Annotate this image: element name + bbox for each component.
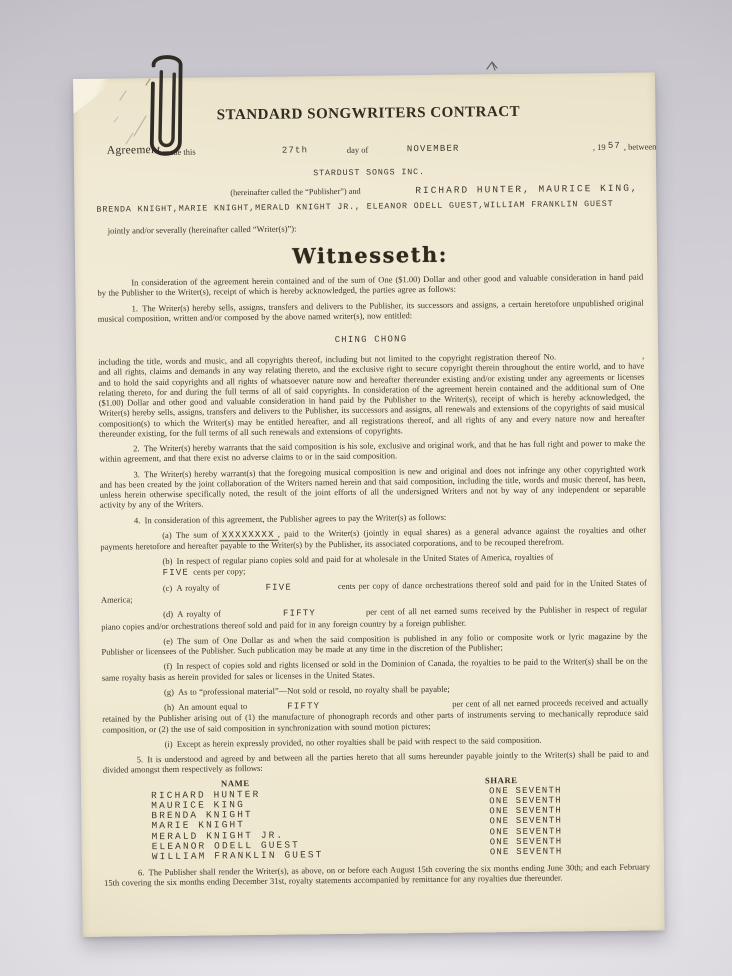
song-title-line: CHING CHONG (98, 326, 644, 350)
publisher-name: STARDUST SONGS INC. (313, 167, 425, 178)
blank-space (220, 589, 266, 591)
publisher-clause: (hereinafter called the “Publisher”) and (230, 187, 360, 197)
printed-text: (b) In respect of regular piano copies s… (162, 552, 553, 566)
share-column-header: SHARE (485, 775, 518, 785)
printed-text: 6. The Publisher shall render the Writer… (104, 861, 650, 887)
printed-text: cents per copy; (189, 566, 246, 577)
contract-page: STANDARD SONGWRITERS CONTRACT Agreement … (73, 72, 665, 937)
writer-share: ONE SEVENTH (489, 785, 562, 796)
contract-paragraph: (d) A royalty ofFIFTYper cent of all net… (101, 604, 647, 632)
contract-paragraph: 2. The Writer(s) hereby warrants that th… (99, 438, 645, 465)
blank-space (101, 574, 163, 576)
printed-text: 5. It is understood and agreed by and be… (103, 749, 649, 775)
blank-space (292, 588, 338, 590)
contract-paragraph: (h) An amount equal toFIFTYper cent of a… (102, 697, 648, 735)
between-label: , between (624, 141, 657, 151)
song-title: CHING CHONG (335, 334, 408, 345)
writer-name: WILLIAM FRANKLIN GUEST (152, 849, 324, 862)
contract-paragraph: (b) In respect of regular piano copies s… (100, 551, 646, 579)
contract-paragraph: (i) Except as herein expressly provided,… (102, 733, 648, 749)
writer-share: ONE SEVENTH (490, 826, 563, 837)
writer-share: ONE SEVENTH (490, 847, 563, 858)
contract-paragraph: 3. The Writer(s) hereby warrant(s) that … (99, 463, 645, 510)
blank-space (320, 706, 452, 708)
contract-paragraph: (a) The sum ofXXXXXXXX, paid to the Writ… (100, 524, 646, 552)
jointly-clause-line: jointly and/or severally (hereinafter ca… (97, 220, 643, 238)
name-column-header: NAME (221, 778, 250, 788)
contract-paragraph: (e) The sum of One Dollar as and when th… (101, 630, 647, 657)
contract-content: STANDARD SONGWRITERS CONTRACT Agreement … (73, 72, 665, 937)
blank-space (221, 615, 283, 617)
contract-paragraph: 5. It is understood and agreed by and be… (103, 749, 649, 776)
printed-text: (f) In respect of copies sold and rights… (102, 656, 648, 682)
share-table: NAMESHARERICHARD HUNTERONE SEVENTHMAURIC… (103, 773, 650, 862)
blank-space (556, 358, 642, 360)
printed-text: (d) A royalty of (163, 609, 221, 620)
contract-paragraph: (c) A royalty ofFIVEcents per copy of da… (101, 577, 647, 605)
day-value: 27th (282, 145, 309, 155)
printed-text: 3. The Writer(s) hereby warrant(s) that … (100, 463, 646, 510)
printed-text: (a) The sum of (162, 529, 219, 540)
contract-paragraph: including the title, words and music, an… (98, 351, 645, 439)
writer-share: ONE SEVENTH (489, 795, 562, 806)
year-value: 57 (608, 141, 621, 151)
writers-line1: RICHARD HUNTER, MAURICE KING, (415, 183, 638, 197)
printed-text: 4. In consideration of this agreement, t… (134, 511, 446, 525)
contract-paragraph: In consideration of the agreement herein… (97, 272, 643, 299)
writer-share: ONE SEVENTH (490, 836, 563, 847)
contract-paragraph: 1. The Writer(s) hereby sells, assigns, … (98, 297, 644, 324)
blank-space (316, 614, 366, 616)
paper-clip (136, 50, 198, 170)
pencil-mark (484, 58, 502, 74)
typed-text: FIVE (163, 567, 190, 577)
typed-text: FIFTY (283, 609, 316, 619)
contract-blocks: In consideration of the agreement herein… (97, 272, 650, 888)
writer-share: ONE SEVENTH (489, 806, 562, 817)
printed-text: In consideration of the agreement herein… (97, 272, 643, 298)
printed-text: (e) The sum of One Dollar as and when th… (101, 630, 647, 656)
printed-text: 1. The Writer(s) hereby sells, assigns, … (98, 297, 644, 323)
contract-paragraph: 6. The Publisher shall render the Writer… (104, 861, 650, 888)
year-prefix: , 19 (593, 142, 606, 152)
printed-text: (i) Except as herein expressly provided,… (164, 734, 541, 748)
writers-line2-row: BRENDA KNIGHT,MARIE KNIGHT,MERALD KNIGHT… (96, 199, 642, 217)
printed-text: (c) A royalty of (163, 582, 220, 593)
photo-surface: { "doc": { "title": "STANDARD SONGWRITER… (0, 0, 732, 976)
typed-text: FIVE (265, 582, 292, 592)
printed-text: (h) An amount equal to (164, 701, 247, 712)
contract-paragraph: (f) In respect of copies sold and rights… (102, 656, 648, 683)
month-value: NOVEMBER (407, 144, 460, 155)
contract-paragraph: 4. In consideration of this agreement, t… (100, 509, 646, 525)
jointly-clause: jointly and/or severally (hereinafter ca… (108, 223, 297, 235)
day-of-label: day of (347, 145, 369, 155)
typed-text: FIFTY (287, 701, 320, 711)
witnesseth-heading: Witnesseth: (97, 241, 643, 271)
writer-share: ONE SEVENTH (489, 816, 562, 827)
printed-text: 2. The Writer(s) hereby warrants that th… (99, 438, 645, 464)
blank-space (247, 708, 287, 709)
contract-paragraph: (g) As to “professional material”—Not so… (102, 681, 648, 697)
writers-line2: BRENDA KNIGHT,MARIE KNIGHT,MERALD KNIGHT… (96, 199, 613, 215)
printed-text: (g) As to “professional material”—Not so… (164, 684, 450, 697)
